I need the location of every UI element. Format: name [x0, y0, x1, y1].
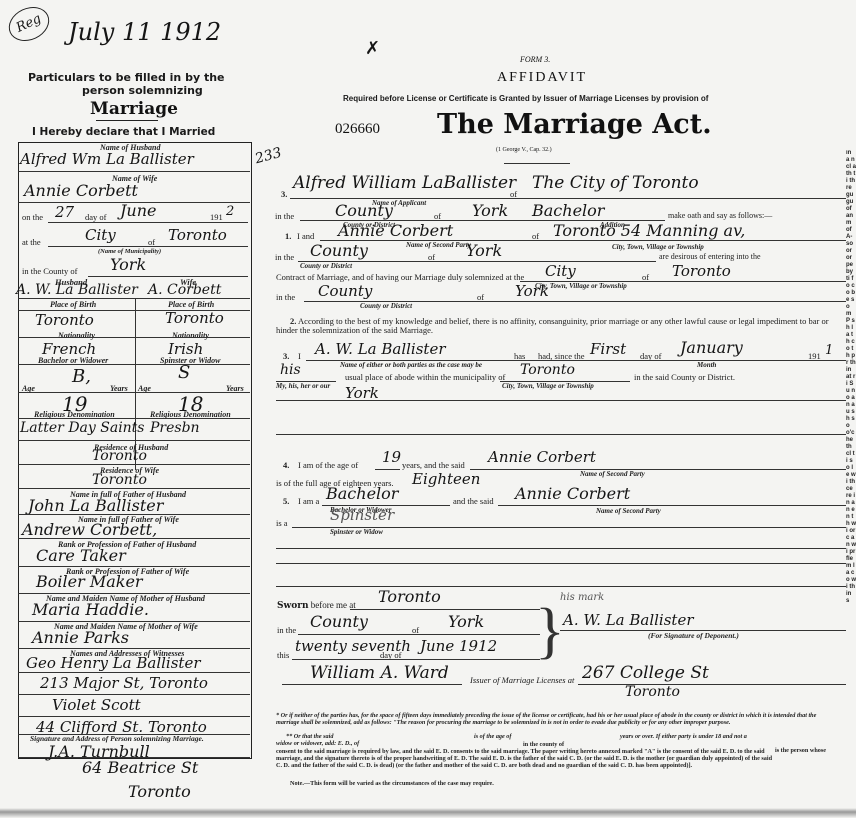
label-year-prefix: 191: [210, 212, 223, 222]
act-title: The Marriage Act.: [437, 109, 712, 140]
husband-birthplace: Toronto: [35, 311, 94, 329]
sworn-at: Toronto: [378, 587, 441, 606]
footnote-2b: is of the age of: [474, 733, 511, 740]
issuer-address1: 267 College St: [582, 663, 709, 683]
mother-husband: Maria Haddie.: [32, 600, 149, 619]
second-party-name: Annie Corbert: [338, 221, 453, 240]
sworn-month-year: June 1912: [420, 637, 497, 655]
label-p3-party: Name of either or both parties as the ca…: [340, 361, 482, 369]
p4-number: 4.: [283, 460, 289, 470]
county-of-1: York: [472, 201, 508, 220]
bracket: }: [535, 600, 565, 662]
county-value: York: [110, 255, 146, 274]
issuer-signature: William A. Ward: [310, 663, 449, 683]
right-edge-text: in a n cl a th ti th re gu gu of an m of…: [846, 150, 856, 670]
wife-signature: A. Corbett: [148, 282, 221, 298]
p3-pronoun: his: [280, 362, 301, 378]
note-text: Note.—This form will be varied as the ci…: [290, 780, 494, 787]
rank-father-husband: Care Taker: [36, 546, 126, 565]
label-on-the: on the: [22, 212, 43, 222]
label-p4-second-party: Name of Second Party: [580, 470, 645, 478]
serial-number: 026660: [335, 121, 380, 138]
year-suffix: 2: [226, 204, 234, 219]
left-heading-line2: person solemnizing: [82, 84, 203, 97]
footnote-2a: ** Or that the said: [286, 733, 333, 740]
label-day-of: day of: [85, 212, 106, 222]
p3-day: First: [590, 340, 626, 358]
sworn-in-the: in the: [277, 625, 296, 635]
p4-party: Annie Corbert: [488, 448, 596, 466]
label-wife-birth: Place of Birth: [168, 300, 214, 309]
marriage-day: 27: [55, 203, 74, 221]
p5-status: Bachelor: [326, 484, 398, 503]
make-oath-text: make oath and say as follows:—: [668, 211, 772, 220]
husband-signature: A. W. La Ballister: [16, 282, 138, 298]
label-county-or-district-3: County or District: [360, 302, 412, 310]
witness1-address: 213 Major St, Toronto: [40, 674, 208, 692]
husband-status: B,: [72, 366, 91, 387]
witness2-name: Violet Scott: [52, 696, 141, 714]
label-i-and: I and: [297, 231, 314, 241]
solemnized-of: Toronto: [672, 262, 731, 280]
husband-religion: Latter Day Saints: [20, 420, 145, 436]
residence-wife: Toronto: [92, 472, 147, 488]
footnote-1: * Or if neither of the parties has, for …: [276, 712, 838, 726]
footnote-2e: in the county of: [523, 741, 564, 748]
label-county-or-district-2: County or District: [300, 262, 352, 270]
residence-husband: Toronto: [92, 448, 147, 464]
p3-municipality: Toronto: [520, 362, 575, 378]
label-p5-spinster: Spinster or Widow: [330, 528, 383, 536]
paragraph-2: 2. According to the best of my knowledge…: [276, 317, 836, 335]
act-reference: (1 George V., Cap. 32.): [496, 147, 552, 153]
p5-number: 5.: [283, 496, 289, 506]
p5-iam: I am a: [298, 496, 319, 506]
intro-number: 3.: [281, 189, 287, 199]
applicant-of: The City of Toronto: [532, 173, 699, 193]
required-text: Required before License or Certificate i…: [343, 94, 708, 103]
label-city-town: City, Town, Village or Township: [612, 243, 704, 251]
rank-father-wife: Boiler Maker: [36, 572, 143, 591]
county-of-3: York: [515, 282, 549, 300]
solemnizer-address2: Toronto: [128, 782, 191, 801]
p5-wife-status: Spinster: [330, 506, 394, 524]
label-in-the-3: in the: [276, 292, 295, 302]
sworn-county: County: [310, 612, 368, 631]
county-district-1: County: [335, 201, 393, 220]
label-city-town-3: City, Town, Village or Township: [502, 382, 594, 390]
p3-said-county-text: in the said County or District.: [634, 372, 735, 382]
wife-status: S: [178, 362, 190, 383]
p4-text1: I am of the age of: [298, 460, 358, 470]
label-at-the: at the: [22, 237, 41, 247]
left-heading-marriage: Marriage: [90, 99, 178, 119]
father-husband: John La Ballister: [28, 496, 163, 515]
footnote-2c: years or over. If either party is under …: [620, 733, 747, 740]
p5-is-a: is a: [276, 518, 288, 528]
mother-wife: Annie Parks: [32, 628, 129, 647]
p3-year-suffix: 1: [825, 343, 833, 358]
left-heading-line1: Particulars to be filled in by the: [28, 71, 225, 84]
label-wife-nationality: Nationality: [172, 331, 209, 340]
p4-age: 19: [382, 448, 401, 466]
label-second-party: Name of Second Party: [406, 241, 471, 249]
p4-eighteen: Eighteen: [412, 470, 480, 488]
issuer-address2: Toronto: [625, 684, 680, 700]
issuer-text: Issuer of Marriage Licenses at: [470, 675, 574, 685]
p5-and-said: and the said: [453, 496, 494, 506]
at-the-value: City: [85, 226, 116, 244]
county-2: County: [310, 241, 368, 260]
wife-birthplace: Toronto: [165, 309, 224, 327]
label-pronoun: My, his, her or our: [276, 382, 330, 390]
county-of-2: York: [466, 241, 502, 260]
municipality-value: Toronto: [168, 226, 227, 244]
desirous-text: are desirous of entering into the: [659, 252, 761, 261]
p3-month: January: [680, 338, 743, 357]
p3-number: 3.: [283, 351, 289, 361]
county-3: County: [318, 282, 372, 300]
wife-name: Annie Corbett: [24, 181, 138, 200]
label-deponent: (For Signature of Deponent.): [648, 631, 739, 640]
footnote-2g: consent to the said marriage is required…: [276, 748, 776, 769]
date-header: July 11 1912: [68, 18, 221, 46]
label-in-the-2: in the: [275, 252, 294, 262]
label-p3-month: Month: [697, 361, 716, 369]
footnote-2f: is the person whose: [775, 747, 826, 754]
label-in-the: in the: [275, 211, 294, 221]
p3-party: A. W. La Ballister: [315, 340, 446, 358]
form-number: FORM 3.: [520, 55, 550, 64]
deponent-above: his mark: [560, 592, 604, 603]
scan-edge: [0, 808, 856, 818]
solemnizer-address1: 64 Beatrice St: [82, 758, 198, 777]
label-p3-i: I: [298, 351, 301, 361]
sworn-label: Sworn before me at: [277, 600, 356, 611]
sworn-county-of: York: [448, 612, 484, 631]
sworn-this: this: [277, 650, 289, 660]
p4-text2: years, and the said: [402, 460, 465, 470]
p1-number: 1.: [285, 231, 291, 241]
affidavit-title: AFFIDAVIT: [497, 70, 587, 86]
p5-party: Annie Corbert: [515, 484, 630, 503]
deponent-signature: A. W. La Ballister: [563, 611, 694, 629]
footnote-2d: widow or widower, add: E. D., of: [276, 740, 359, 747]
label-p5-second-party: Name of Second Party: [596, 507, 661, 515]
checkmark: ✗: [365, 38, 380, 59]
file-number: 233: [253, 145, 283, 167]
label-husband-nationality: Nationality: [58, 331, 95, 340]
husband-name: Alfred Wm La Ballister: [20, 150, 194, 168]
witness1-name: Geo Henry La Ballister: [26, 654, 201, 672]
wife-religion: Presbn: [150, 420, 200, 436]
applicant-name: Alfred William LaBallister: [293, 173, 516, 193]
declare-text: I Hereby declare that I Married: [32, 126, 215, 138]
second-party-of: Toronto 54 Manning av,: [553, 221, 745, 240]
marriage-month: June: [120, 201, 157, 220]
father-wife: Andrew Corbett,: [22, 520, 157, 539]
label-husband-birth: Place of Birth: [50, 300, 96, 309]
reg-mark: Reg: [3, 1, 55, 48]
addition-1: Bachelor: [532, 201, 604, 220]
p3-abode-text: usual place of abode within the municipa…: [345, 372, 505, 382]
contract-text: Contract of Marriage, and of having our …: [276, 272, 524, 282]
label-county: in the County of: [22, 266, 77, 276]
solemnized-at: City: [545, 262, 576, 280]
label-municipality: (Name of Municipality): [98, 248, 161, 255]
